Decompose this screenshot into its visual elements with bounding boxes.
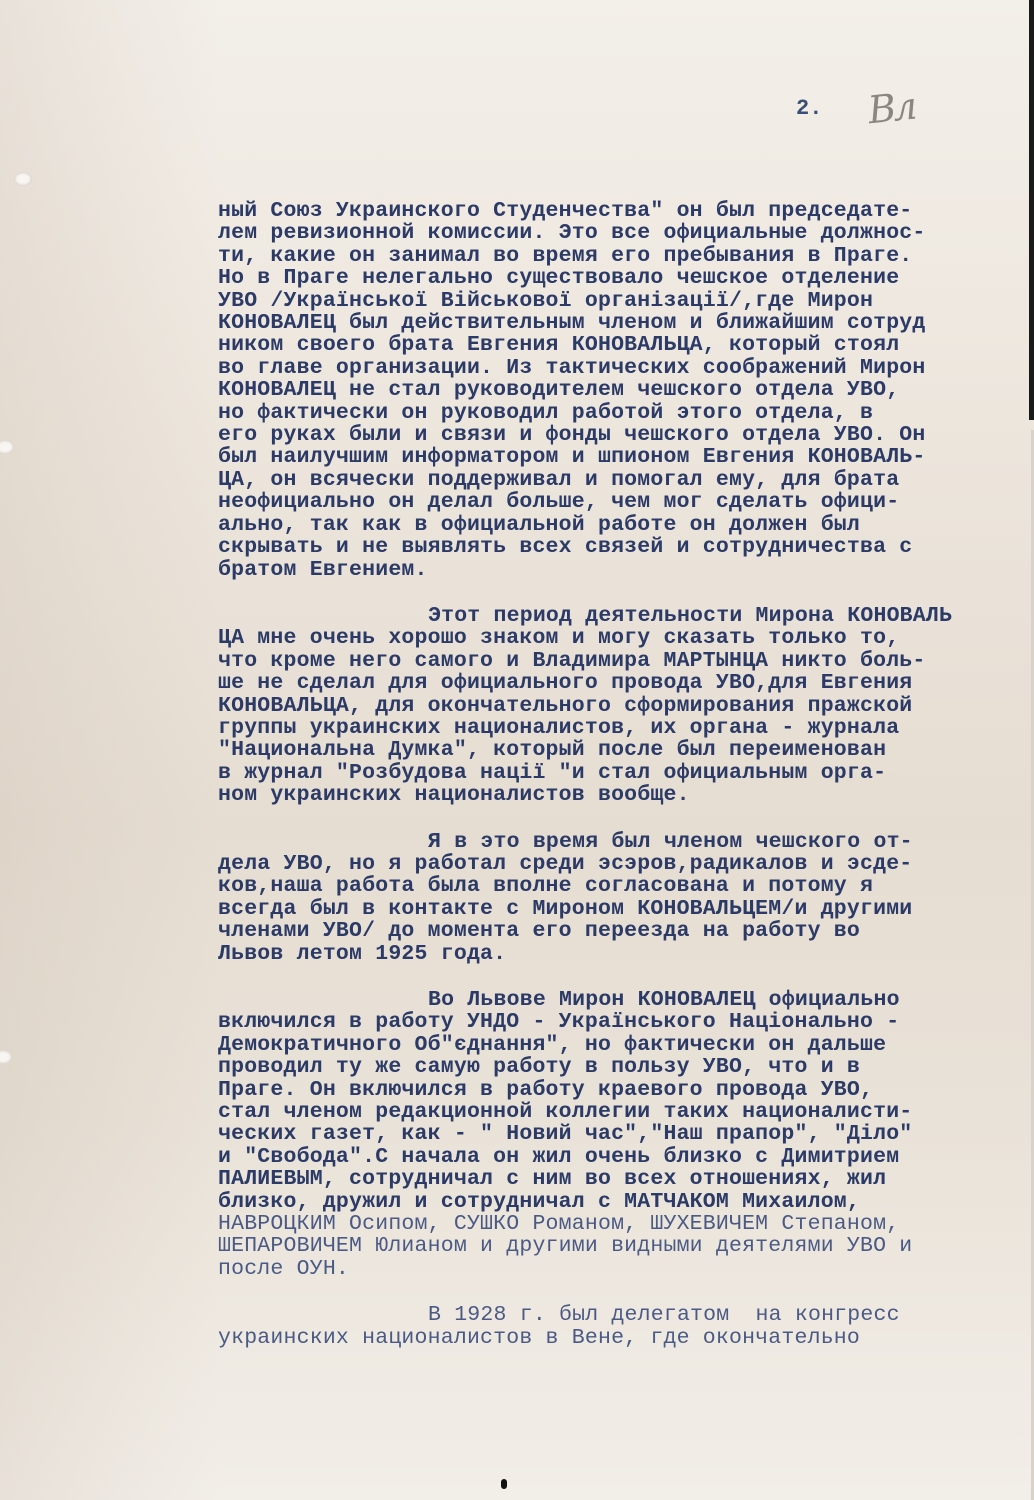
text-line: ков,наша работа была вполне согласована … [218, 875, 1030, 897]
handwritten-initials: Вл [866, 84, 916, 133]
paper-shading [0, 0, 220, 1500]
text-line: всегда был в контакте с Мироном КОНОВАЛЬ… [218, 898, 1030, 920]
text-line: братом Евгением. [218, 559, 1030, 581]
text-line: Демократичного Об"єднання", но фактическ… [218, 1034, 1030, 1056]
text-line: неофициально он делал больше, чем мог сд… [218, 491, 1030, 513]
text-line: украинских националистов в Вене, где око… [218, 1327, 1030, 1349]
text-line: ном украинских националистов вообще. [218, 784, 1030, 806]
text-line: ный Союз Украинского Студенчества" он бы… [218, 200, 1030, 222]
text-line: членами УВО/ до момента его переезда на … [218, 920, 1030, 942]
text-line: был наилучшим информатором и шпионом Евг… [218, 446, 1030, 468]
text-line: КОНОВАЛЕЦ не стал руководителем чешского… [218, 379, 1030, 401]
text-line: в журнал "Розбудова нації "и стал официа… [218, 762, 1030, 784]
paragraph: Этот период деятельности Мирона КОНОВАЛЬ… [218, 605, 1030, 807]
typewritten-body: ный Союз Украинского Студенчества" он бы… [218, 200, 1030, 1349]
text-line: но фактически он руководил работой этого… [218, 402, 1030, 424]
paragraph: Во Львове Мирон КОНОВАЛЕЦ официальновклю… [218, 989, 1030, 1280]
ink-dot [501, 1479, 507, 1489]
text-line: Я в это время был членом чешского от- [218, 831, 1030, 853]
text-line: проводил ту же самую работу в пользу УВО… [218, 1056, 1030, 1078]
text-line: Праге. Он включился в работу краевого пр… [218, 1079, 1030, 1101]
text-line: его руках были и связи и фонды чешского … [218, 424, 1030, 446]
text-line: ПАЛИЕВЫМ, сотрудничал с ним во всех отно… [218, 1168, 1030, 1190]
text-line: УВО /Української Військової організації/… [218, 290, 1030, 312]
text-line: и "Свобода".С начала он жил очень близко… [218, 1146, 1030, 1168]
text-line: Львов летом 1925 года. [218, 943, 1030, 965]
text-line: лем ревизионной комиссии. Это все официа… [218, 222, 1030, 244]
text-line: что кроме него самого и Владимира МАРТЫН… [218, 650, 1030, 672]
punch-hole-top [14, 172, 32, 186]
text-line: Во Львове Мирон КОНОВАЛЕЦ официально [218, 989, 1030, 1011]
text-line: после ОУН. [218, 1258, 1030, 1280]
text-line: скрывать и не выявлять всех связей и сот… [218, 536, 1030, 558]
text-line: ником своего брата Евгения КОНОВАЛЬЦА, к… [218, 334, 1030, 356]
text-line: ально, так как в официальной работе он д… [218, 514, 1030, 536]
paragraph: В 1928 г. был делегатом на конгрессукраи… [218, 1304, 1030, 1349]
text-line: Но в Праге нелегально существовало чешск… [218, 267, 1030, 289]
text-line: ЦА, он всячески поддерживал и помогал ем… [218, 469, 1030, 491]
text-line: ческих газет, как - " Новий час","Наш пр… [218, 1123, 1030, 1145]
text-line: ти, какие он занимал во время его пребыв… [218, 245, 1030, 267]
text-line: КОНОВАЛЕЦ был действительным членом и бл… [218, 312, 1030, 334]
text-line: дела УВО, но я работал среди эсэров,ради… [218, 853, 1030, 875]
text-line: ЦА мне очень хорошо знаком и могу сказат… [218, 627, 1030, 649]
text-line: стал членом редакционной коллегии таких … [218, 1101, 1030, 1123]
text-line: Этот период деятельности Мирона КОНОВАЛЬ [218, 605, 1030, 627]
text-line: ше не сделал для официального провода УВ… [218, 672, 1030, 694]
text-line: близко, дружил и сотрудничал с МАТЧАКОМ … [218, 1191, 1030, 1213]
text-line: ШЕПАРОВИЧЕМ Юлианом и другими видными де… [218, 1235, 1030, 1257]
text-line: НАВРОЦКИМ Осипом, СУШКО Романом, ШУХЕВИЧ… [218, 1213, 1030, 1235]
text-line: В 1928 г. был делегатом на конгресс [218, 1304, 1030, 1326]
text-line: "Национальна Думка", который после был п… [218, 739, 1030, 761]
text-line: во главе организации. Из тактических соо… [218, 357, 1030, 379]
paragraph: ный Союз Украинского Студенчества" он бы… [218, 200, 1030, 581]
text-line: группы украинских националистов, их орга… [218, 717, 1030, 739]
text-line: КОНОВАЛЬЦА, для окончательного сформиров… [218, 695, 1030, 717]
text-line: включился в работу УНДО - Українського Н… [218, 1011, 1030, 1033]
paragraph: Я в это время был членом чешского от-дел… [218, 831, 1030, 965]
page-number: 2. [796, 96, 822, 121]
